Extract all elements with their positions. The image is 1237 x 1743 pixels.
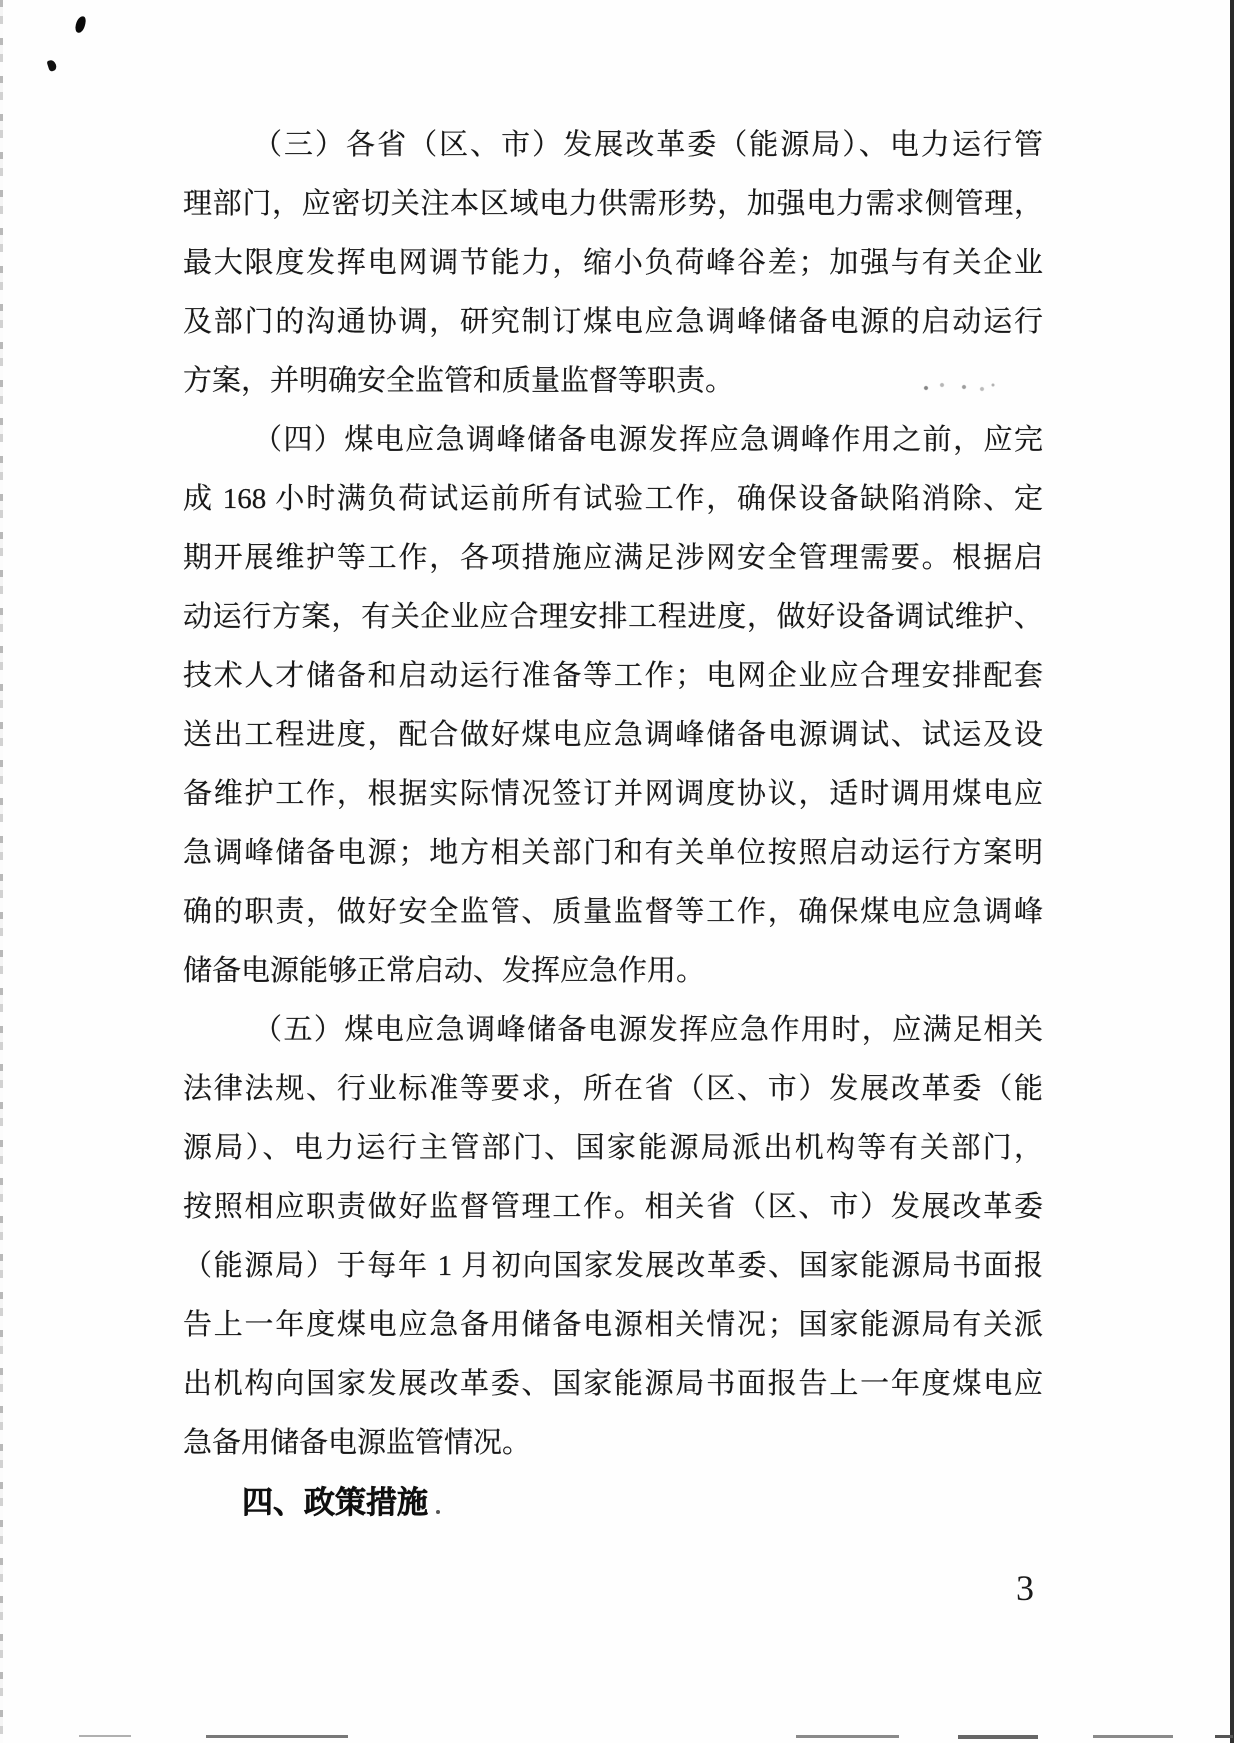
paragraph-line: （四）煤电应急调峰储备电源发挥应急调峰作用之前，应完 [183,411,1043,470]
paragraph-line: 成 168 小时满负荷试运前所有试验工作，确保设备缺陷消除、定 [183,470,1043,529]
paragraph-line: 急备用储备电源监管情况。 [183,1414,1043,1473]
paragraph-line: （五）煤电应急调峰储备电源发挥应急作用时，应满足相关 [183,1001,1043,1060]
bottom-scan-line-artifact [796,1735,899,1738]
paragraph-line: 送出工程进度，配合做好煤电应急调峰储备电源调试、试运及设 [183,706,1043,765]
paragraph-line: 技术人才储备和启动运行准备等工作；电网企业应合理安排配套 [183,647,1043,706]
paragraph-line: 储备电源能够正常启动、发挥应急作用。 [183,942,1043,1001]
ink-speck-artifact [74,15,87,34]
section-heading: 四、政策措施 [183,1473,1043,1532]
paragraph-line: 告上一年度煤电应急备用储备电源相关情况；国家能源局有关派 [183,1296,1043,1355]
paragraph-line: 法律法规、行业标准等要求，所在省（区、市）发展改革委（能 [183,1060,1043,1119]
paragraph-line: 理部门，应密切关注本区域电力供需形势，加强电力需求侧管理， [183,175,1043,234]
ink-speck-artifact [46,59,57,72]
paragraph-line: 确的职责，做好安全监管、质量监督等工作，确保煤电应急调峰 [183,883,1043,942]
paragraph-line: 备维护工作，根据实际情况签订并网调度协议，适时调用煤电应 [183,765,1043,824]
paragraph-line: （三）各省（区、市）发展改革委（能源局）、电力运行管 [183,116,1043,175]
bottom-scan-line-artifact [206,1735,348,1738]
left-scan-edge-artifact [0,0,3,1743]
document-page: （三）各省（区、市）发展改革委（能源局）、电力运行管 理部门，应密切关注本区域电… [0,0,1237,1743]
bottom-scan-line-artifact [958,1735,1038,1739]
paragraph-line: 急调峰储备电源；地方相关部门和有关单位按照启动运行方案明 [183,824,1043,883]
right-scan-line-artifact [1230,0,1234,1743]
paragraph-line: 动运行方案，有关企业应合理安排工程进度，做好设备调试维护、 [183,588,1043,647]
paragraph-line: 最大限度发挥电网调节能力，缩小负荷峰谷差；加强与有关企业 [183,234,1043,293]
paragraph-line: 期开展维护等工作，各项措施应满足涉网安全管理需要。根据启 [183,529,1043,588]
paragraph-line: 源局）、电力运行主管部门、国家能源局派出机构等有关部门， [183,1119,1043,1178]
page-number: 3 [1016,1568,1034,1608]
paragraph-line: 出机构向国家发展改革委、国家能源局书面报告上一年度煤电应 [183,1355,1043,1414]
bottom-scan-line-artifact [1093,1735,1173,1738]
bottom-scan-line-artifact [1215,1735,1233,1738]
bottom-scan-line-artifact [79,1735,131,1737]
paragraph-line: 及部门的沟通协调，研究制订煤电应急调峰储备电源的启动运行 [183,293,1043,352]
paragraph-line: 按照相应职责做好监督管理工作。相关省（区、市）发展改革委 [183,1178,1043,1237]
paragraph-line: 方案，并明确安全监管和质量监督等职责。 [183,352,1043,411]
document-body: （三）各省（区、市）发展改革委（能源局）、电力运行管 理部门，应密切关注本区域电… [183,116,1043,1532]
paragraph-line: （能源局）于每年 1 月初向国家发展改革委、国家能源局书面报 [183,1237,1043,1296]
